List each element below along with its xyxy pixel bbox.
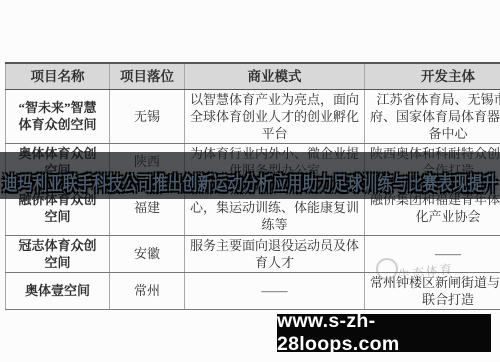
location-cell: 安徽 (110, 235, 185, 272)
table-header-row: 项目名称 项目落位 商业模式 开发主体 (6, 63, 500, 89)
project-name-cell: “智未来”智慧 体育众创空间 (6, 89, 110, 143)
table-row: “智未来”智慧 体育众创空间 无锡 以智慧体育产业为亮点，面向 全球体育创业人才… (6, 89, 500, 143)
col-header-business-model: 商业模式 (185, 63, 365, 89)
business-model-cell: 以智慧体育产业为亮点，面向 全球体育创业人才的创业孵化 平台 (185, 89, 365, 143)
watermark-logo-circle (376, 258, 398, 280)
business-model-cell: 服务主要面向退役运动员及体 育人才 (185, 235, 365, 272)
website-banner: www.s-zh-28loops.com (277, 314, 491, 352)
col-header-project-name: 项目名称 (6, 63, 110, 89)
headline-overlay: 迪玛利亚联手科技公司推出创新运动分析应用助力足球训练与比赛表现提升 (0, 169, 500, 200)
developer-cell: 江苏省体育局、无锡市政 府、国家体育局体育器材装 备中心 (365, 89, 500, 143)
business-model-cell: —— (185, 272, 365, 309)
location-cell: 常州 (110, 272, 185, 309)
project-name-cell: 冠志体育众创 空间 (6, 235, 110, 272)
col-header-location: 项目落位 (110, 63, 185, 89)
col-header-developer: 开发主体 (365, 63, 500, 89)
project-name-cell: 奥体壹空间 (6, 272, 110, 309)
location-cell: 无锡 (110, 89, 185, 143)
website-url: www.s-zh-28loops.com (277, 310, 491, 356)
screenshot-root: 项目名称 项目落位 商业模式 开发主体 “智未来”智慧 体育众创空间 无锡 以智… (0, 0, 500, 362)
